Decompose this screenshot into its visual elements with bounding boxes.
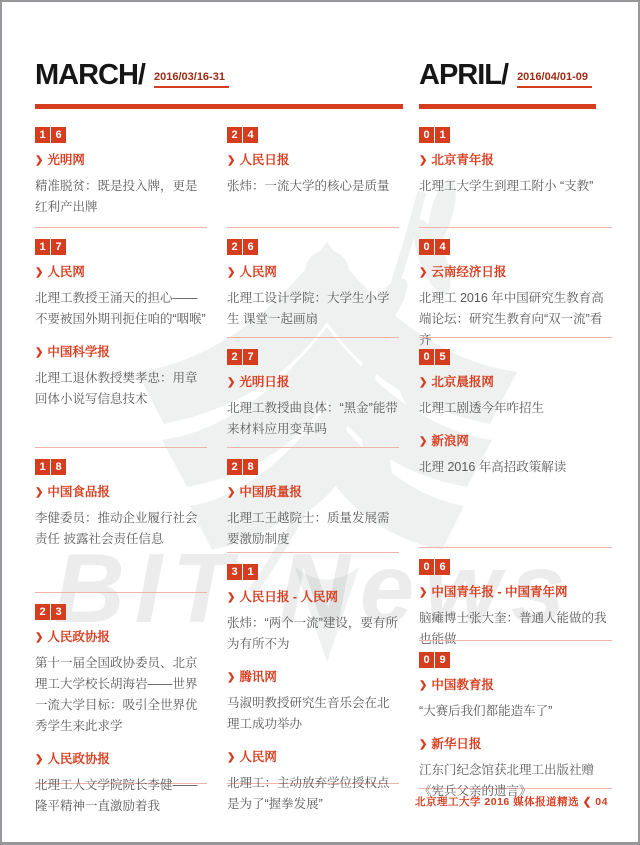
news-headline: 李健委员：推动企业履行社会责任 披露社会责任信息	[35, 508, 207, 550]
news-headline: 脑瘫博士张大奎：普通人能做的我也能做	[419, 608, 612, 650]
media-source: ❯新华日报	[419, 735, 612, 755]
section-header-march: MARCH/ 2016/03/16-31	[35, 60, 229, 90]
date-digit: 0	[419, 239, 434, 255]
news-item: 23❯人民政协报第十一届全国政协委员、北京理工大学校长胡海岩——世界一流大学目标…	[35, 602, 207, 817]
date-badge: 31	[227, 564, 258, 580]
news-item: 18❯中国食品报李健委员：推动企业履行社会责任 披露社会责任信息	[35, 457, 207, 550]
chevron-right-icon: ❯	[227, 672, 235, 683]
media-source-name: 腾讯网	[239, 670, 277, 684]
news-entry: ❯北京晨报网北理工剧透今年咋招生	[419, 373, 612, 419]
chevron-right-icon: ❯	[419, 155, 427, 166]
date-badge: 18	[35, 459, 66, 475]
date-digit: 2	[227, 349, 242, 365]
news-entry: ❯中国科学报北理工退休教授樊孝忠：用章回体小说写信息技术	[35, 343, 207, 410]
date-badge: 04	[419, 239, 450, 255]
news-column-2: 24❯人民日报张炜：一流大学的核心是质量26❯人民网北理工设计学院：大学生小学生…	[227, 114, 399, 784]
date-digit: 3	[51, 604, 66, 620]
media-source-name: 人民政协报	[47, 752, 110, 766]
news-entry: ❯人民政协报北理工人文学院院长李健——隆平精神一直激励着我	[35, 750, 207, 817]
news-headline: 北理工人文学院院长李健——隆平精神一直激励着我	[35, 775, 207, 817]
date-digit: 2	[227, 127, 242, 143]
news-entry: ❯中国教育报“大赛后我们都能造车了”	[419, 676, 612, 722]
media-source-name: 光明日报	[239, 375, 289, 389]
news-item: 27❯光明日报北理工教授曲良体：“黑金”能带来材料应用变革吗	[227, 347, 399, 440]
section-header-april: APRIL/ 2016/04/01-09	[419, 60, 592, 90]
date-digit: 1	[35, 459, 50, 475]
chevron-right-icon: ❯	[35, 267, 43, 278]
news-headline: 北理 2016 年高招政策解读	[419, 457, 612, 478]
news-headline: 北理工退休教授樊孝忠：用章回体小说写信息技术	[35, 368, 207, 410]
news-item: 17❯人民网北理工教授王涌天的担心——不要被国外期刊扼住咱的“咽喉”❯中国科学报…	[35, 237, 207, 410]
date-digit: 0	[419, 127, 434, 143]
chevron-right-icon: ❯	[227, 155, 235, 166]
media-source-name: 中国教育报	[431, 678, 494, 692]
date-digit: 2	[227, 239, 242, 255]
date-badge: 05	[419, 349, 450, 365]
date-digit: 9	[435, 652, 450, 668]
section-underline-bar-march	[35, 104, 403, 109]
media-source-name: 人民日报	[239, 153, 289, 167]
news-item: 05❯北京晨报网北理工剧透今年咋招生❯新浪网北理 2016 年高招政策解读	[419, 347, 612, 478]
date-digit: 6	[243, 239, 258, 255]
chevron-right-icon: ❯	[227, 752, 235, 763]
date-badge: 06	[419, 559, 450, 575]
date-digit: 2	[227, 459, 242, 475]
date-badge: 26	[227, 239, 258, 255]
section-date-range-april: 2016/04/01-09	[517, 71, 592, 88]
news-headline: 第十一届全国政协委员、北京理工大学校长胡海岩——世界一流大学目标：吸引全世界优秀…	[35, 653, 207, 737]
date-badge: 23	[35, 604, 66, 620]
media-source: ❯人民政协报	[35, 628, 207, 648]
date-digit: 3	[227, 564, 242, 580]
media-source: ❯腾讯网	[227, 668, 399, 688]
date-digit: 1	[35, 239, 50, 255]
chevron-right-icon: ❯	[419, 377, 427, 388]
news-entry: ❯人民网北理工设计学院：大学生小学生 课堂一起画扇	[227, 263, 399, 330]
date-digit: 4	[243, 127, 258, 143]
media-source: ❯中国质量报	[227, 483, 399, 503]
page-footer: 北京理工大学 2016 媒体报道精选 ❮ 04	[415, 794, 608, 809]
chevron-right-icon: ❯	[35, 155, 43, 166]
media-source-name: 中国质量报	[239, 485, 302, 499]
chevron-right-icon: ❯	[419, 436, 427, 447]
news-item: 01❯北京青年报北理工大学生到理工附小 “支教”	[419, 125, 612, 197]
news-headline: 北理工大学生到理工附小 “支教”	[419, 176, 612, 197]
news-item: 04❯云南经济日报北理工 2016 年中国研究生教育高端论坛：研究生教育向“双一…	[419, 237, 612, 351]
media-source: ❯光明日报	[227, 373, 399, 393]
news-item: 28❯中国质量报北理工王越院士：质量发展需要激励制度	[227, 457, 399, 550]
news-entry: ❯人民网北理工教授王涌天的担心——不要被国外期刊扼住咱的“咽喉”	[35, 263, 207, 330]
news-entry: ❯新浪网北理 2016 年高招政策解读	[419, 432, 612, 478]
media-source: ❯北京晨报网	[419, 373, 612, 393]
date-badge: 24	[227, 127, 258, 143]
media-source-name: 新华日报	[431, 737, 481, 751]
media-source-name: 中国科学报	[47, 345, 110, 359]
news-entry: ❯北京青年报北理工大学生到理工附小 “支教”	[419, 151, 612, 197]
chevron-right-icon: ❯	[227, 377, 235, 388]
media-source: ❯中国食品报	[35, 483, 207, 503]
date-digit: 4	[435, 239, 450, 255]
media-source: ❯光明网	[35, 151, 207, 171]
news-item: 24❯人民日报张炜：一流大学的核心是质量	[227, 125, 399, 197]
media-source-name: 光明网	[47, 153, 85, 167]
media-source: ❯人民政协报	[35, 750, 207, 770]
news-headline: 张炜：一流大学的核心是质量	[227, 176, 399, 197]
media-source-name: 中国青年报 - 中国青年网	[431, 585, 567, 599]
date-digit: 1	[435, 127, 450, 143]
media-source: ❯中国科学报	[35, 343, 207, 363]
chevron-right-icon: ❯	[35, 632, 43, 643]
media-source-name: 人民日报 - 人民网	[239, 590, 338, 604]
media-source-name: 中国食品报	[47, 485, 110, 499]
media-source-name: 云南经济日报	[431, 265, 506, 279]
date-digit: 8	[243, 459, 258, 475]
chevron-right-icon: ❯	[419, 680, 427, 691]
news-column-3: 01❯北京青年报北理工大学生到理工附小 “支教”04❯云南经济日报北理工 201…	[419, 114, 612, 789]
date-digit: 6	[435, 559, 450, 575]
chevron-right-icon: ❯	[227, 487, 235, 498]
media-source-name: 新浪网	[431, 434, 469, 448]
date-digit: 2	[35, 604, 50, 620]
news-headline: 北理工设计学院：大学生小学生 课堂一起画扇	[227, 288, 399, 330]
date-digit: 0	[419, 349, 434, 365]
chevron-right-icon: ❯	[35, 754, 43, 765]
news-entry: ❯新华日报江东门纪念馆获北理工出版社赠《宪兵父亲的遗言》	[419, 735, 612, 802]
chevron-right-icon: ❯	[227, 267, 235, 278]
media-source: ❯北京青年报	[419, 151, 612, 171]
media-source-name: 人民网	[239, 750, 277, 764]
chevron-right-icon: ❯	[227, 592, 235, 603]
news-headline: 北理工教授王涌天的担心——不要被国外期刊扼住咱的“咽喉”	[35, 288, 207, 330]
media-source: ❯新浪网	[419, 432, 612, 452]
date-digit: 0	[419, 652, 434, 668]
news-entry: ❯人民网北理工：主动放弃学位授权点是为了“握拳发展”	[227, 748, 399, 815]
chevron-right-icon: ❯	[419, 587, 427, 598]
news-item: 16❯光明网精准脱贫：既是投入牌，更是红利产出牌	[35, 125, 207, 218]
news-headline: 张炜：“两个一流”建设，要有所为有所不为	[227, 613, 399, 655]
news-entry: ❯腾讯网马淑明教授研究生音乐会在北理工成功举办	[227, 668, 399, 735]
date-digit: 6	[51, 127, 66, 143]
media-source-name: 人民政协报	[47, 630, 110, 644]
chevron-right-icon: ❯	[35, 347, 43, 358]
media-source-name: 北京青年报	[431, 153, 494, 167]
news-headline: 北理工：主动放弃学位授权点是为了“握拳发展”	[227, 773, 399, 815]
date-digit: 7	[51, 239, 66, 255]
news-entry: ❯人民日报 - 人民网张炜：“两个一流”建设，要有所为有所不为	[227, 588, 399, 655]
news-entry: ❯人民日报张炜：一流大学的核心是质量	[227, 151, 399, 197]
media-source: ❯人民日报 - 人民网	[227, 588, 399, 608]
date-badge: 01	[419, 127, 450, 143]
section-date-range-march: 2016/03/16-31	[154, 71, 229, 88]
news-item: 31❯人民日报 - 人民网张炜：“两个一流”建设，要有所为有所不为❯腾讯网马淑明…	[227, 562, 399, 815]
media-source: ❯人民网	[35, 263, 207, 283]
news-entry: ❯中国质量报北理工王越院士：质量发展需要激励制度	[227, 483, 399, 550]
news-item: 26❯人民网北理工设计学院：大学生小学生 课堂一起画扇	[227, 237, 399, 330]
news-column-1: 16❯光明网精准脱贫：既是投入牌，更是红利产出牌17❯人民网北理工教授王涌天的担…	[35, 114, 207, 784]
chevron-right-icon: ❯	[419, 267, 427, 278]
media-source-name: 北京晨报网	[431, 375, 494, 389]
date-digit: 7	[243, 349, 258, 365]
media-source-name: 人民网	[47, 265, 85, 279]
section-title-april: APRIL/	[419, 60, 508, 90]
date-badge: 16	[35, 127, 66, 143]
media-source-name: 人民网	[239, 265, 277, 279]
date-digit: 1	[35, 127, 50, 143]
news-headline: 北理工剧透今年咋招生	[419, 398, 612, 419]
section-title-march: MARCH/	[35, 60, 145, 90]
date-badge: 17	[35, 239, 66, 255]
date-digit: 8	[51, 459, 66, 475]
news-entry: ❯人民政协报第十一届全国政协委员、北京理工大学校长胡海岩——世界一流大学目标：吸…	[35, 628, 207, 737]
news-headline: 马淑明教授研究生音乐会在北理工成功举办	[227, 693, 399, 735]
section-underline-bar-april	[419, 104, 596, 109]
date-badge: 09	[419, 652, 450, 668]
media-source: ❯中国青年报 - 中国青年网	[419, 583, 612, 603]
media-source: ❯云南经济日报	[419, 263, 612, 283]
news-headline: 精准脱贫：既是投入牌，更是红利产出牌	[35, 176, 207, 218]
news-entry: ❯光明网精准脱贫：既是投入牌，更是红利产出牌	[35, 151, 207, 218]
news-item: 06❯中国青年报 - 中国青年网脑瘫博士张大奎：普通人能做的我也能做	[419, 557, 612, 650]
media-source: ❯人民网	[227, 748, 399, 768]
news-entry: ❯光明日报北理工教授曲良体：“黑金”能带来材料应用变革吗	[227, 373, 399, 440]
chevron-right-icon: ❯	[35, 487, 43, 498]
media-source: ❯人民日报	[227, 151, 399, 171]
date-digit: 5	[435, 349, 450, 365]
news-item: 09❯中国教育报“大赛后我们都能造车了”❯新华日报江东门纪念馆获北理工出版社赠《…	[419, 650, 612, 802]
news-entry: ❯中国食品报李健委员：推动企业履行社会责任 披露社会责任信息	[35, 483, 207, 550]
news-headline: 北理工 2016 年中国研究生教育高端论坛：研究生教育向“双一流”看齐	[419, 288, 612, 351]
media-source: ❯人民网	[227, 263, 399, 283]
news-headline: 北理工王越院士：质量发展需要激励制度	[227, 508, 399, 550]
news-headline: 北理工教授曲良体：“黑金”能带来材料应用变革吗	[227, 398, 399, 440]
date-digit: 1	[243, 564, 258, 580]
media-source: ❯中国教育报	[419, 676, 612, 696]
date-badge: 28	[227, 459, 258, 475]
news-headline: “大赛后我们都能造车了”	[419, 701, 612, 722]
news-digest-page: BIT News MARCH/ 2016/03/16-31 APRIL/ 201…	[0, 0, 640, 845]
date-digit: 0	[419, 559, 434, 575]
chevron-right-icon: ❯	[419, 739, 427, 750]
date-badge: 27	[227, 349, 258, 365]
